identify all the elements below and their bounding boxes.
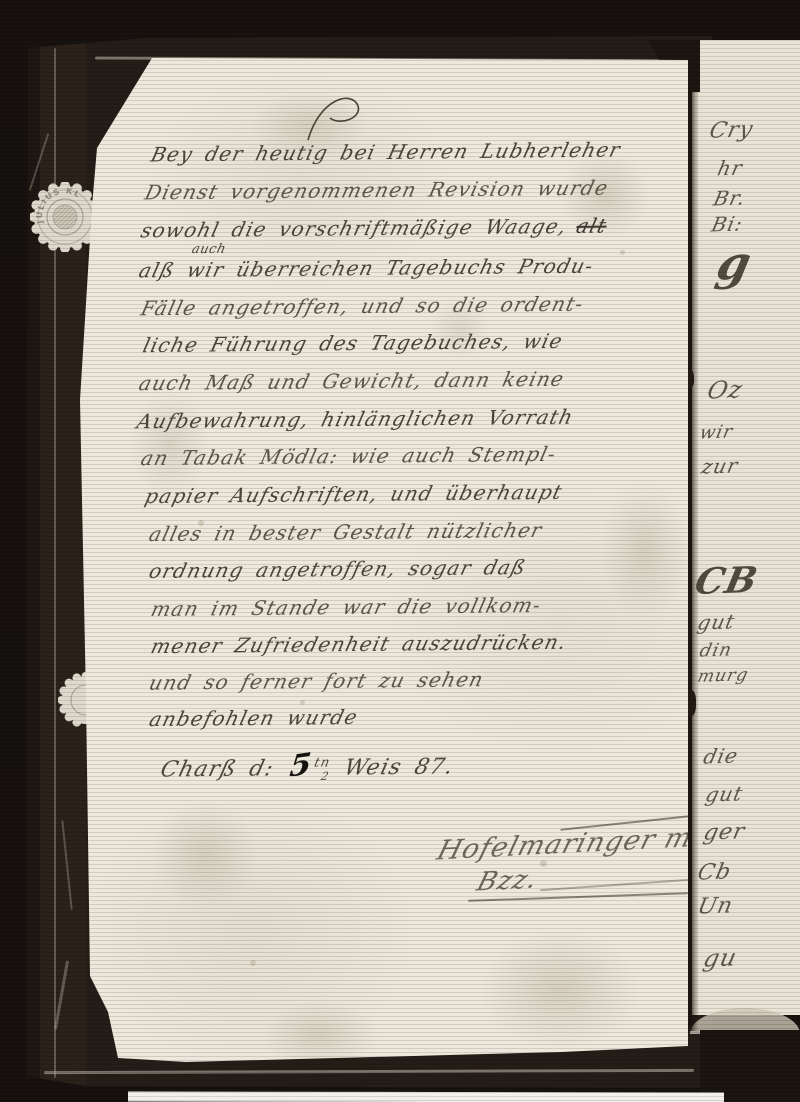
manuscript-line: mener Zufriedenheit auszudrücken. bbox=[149, 630, 570, 658]
facing-page-text-fragment: Un bbox=[695, 893, 735, 919]
dateline: Charß d: 5tn2 Weis 87. bbox=[157, 746, 458, 784]
manuscript-line: an Tabak Mödla: wie auch Stempl- bbox=[139, 442, 559, 470]
signature-name: Hofelmaringer mpa bbox=[434, 821, 733, 867]
dateline-place: Charß d: bbox=[158, 756, 277, 782]
signature-paraph: Bzz. bbox=[473, 864, 541, 897]
interlinear-insertion: auch bbox=[190, 242, 227, 257]
cover-below-facing-page bbox=[700, 1030, 800, 1102]
facing-page-text-fragment: Cry bbox=[707, 117, 755, 143]
dateline-day-subscript: 2 bbox=[320, 770, 331, 783]
manuscript-line: liche Führung des Tagebuches, wie bbox=[141, 329, 566, 357]
manuscript-line: alß wir überreichen Tagebuchs Produ- bbox=[137, 254, 597, 283]
manuscript-line: alles in bester Gestalt nützlicher bbox=[147, 518, 545, 546]
manuscript-line: anbefohlen wurde bbox=[147, 705, 361, 731]
dateline-rest: Weis 87. bbox=[342, 754, 457, 780]
struck-word: alt bbox=[574, 214, 610, 238]
foxing-speck bbox=[620, 250, 625, 255]
scan-bottom-white-strip bbox=[128, 1091, 724, 1102]
signature-underline-flourish bbox=[540, 879, 690, 891]
facing-page-text-fragment: murg bbox=[696, 665, 751, 687]
seal-hatched-center bbox=[53, 205, 77, 229]
facing-page-text-fragment: CB bbox=[692, 559, 762, 603]
manuscript-line: auch Maß und Gewicht, dann keine bbox=[137, 367, 568, 395]
dateline-day-suffix: tn bbox=[313, 755, 333, 770]
manuscript-line-text: sowohl die vorschriftmäßige Waage, bbox=[139, 214, 570, 242]
facing-page-text-fragment: gut bbox=[703, 781, 745, 806]
manuscript-line: Dienst vorgenommenen Revision wurde bbox=[143, 176, 612, 205]
facing-page-text-fragment: zur bbox=[699, 453, 740, 478]
manuscript-line: und so ferner fort zu sehen bbox=[147, 667, 487, 694]
manuscript-line: sowohl die vorschriftmäßige Waage,alt bbox=[139, 214, 610, 243]
opening-flourish-icon bbox=[300, 88, 390, 148]
facing-page-text-fragment: Br. bbox=[711, 185, 748, 210]
facing-page-edge: Cry hr Br. Bi: g Oz wir zur CB gut din m… bbox=[692, 40, 800, 1015]
facing-page-text-fragment: gu bbox=[701, 943, 740, 972]
facing-page-text-fragment: Cb bbox=[695, 859, 734, 885]
facing-page-text-fragment: g bbox=[712, 235, 757, 290]
manuscript-line: papier Aufschriften, und überhaupt bbox=[143, 480, 566, 508]
facing-page-text-fragment: gut bbox=[695, 609, 737, 634]
manuscript-line: Fälle angetroffen, und so die ordent- bbox=[139, 292, 587, 321]
facing-page-text-fragment: Oz bbox=[705, 375, 746, 404]
manuscript-line: Aufbewahrung, hinlänglichen Vorrath bbox=[135, 405, 577, 434]
manuscript-line: man im Stande war die vollkom- bbox=[149, 593, 544, 621]
facing-page-text-fragment: hr bbox=[715, 156, 745, 181]
manuscript-page: Bey der heutig bei Herren Lubherleher Di… bbox=[0, 0, 800, 1102]
facing-page-text-fragment: Bi: bbox=[709, 211, 745, 236]
dateline-day-overwritten: 5 bbox=[288, 747, 314, 785]
facing-page-text-fragment: ger bbox=[701, 819, 747, 845]
foxing-speck bbox=[300, 700, 305, 705]
paper-stain bbox=[600, 480, 690, 620]
facing-page-text-fragment: din bbox=[698, 639, 735, 661]
facing-page-text-fragment: die bbox=[701, 743, 740, 768]
facing-page-text-fragment: wir bbox=[698, 421, 736, 443]
manuscript-line: ordnung angetroffen, sogar daß bbox=[147, 555, 529, 583]
embossed-seal-icon: JULIUS KL bbox=[30, 182, 100, 252]
manuscript-line: Bey der heutig bei Herren Lubherleher bbox=[149, 138, 624, 167]
foxing-speck bbox=[250, 960, 256, 966]
paper-stain bbox=[480, 930, 640, 1050]
paper-stain bbox=[150, 800, 260, 910]
